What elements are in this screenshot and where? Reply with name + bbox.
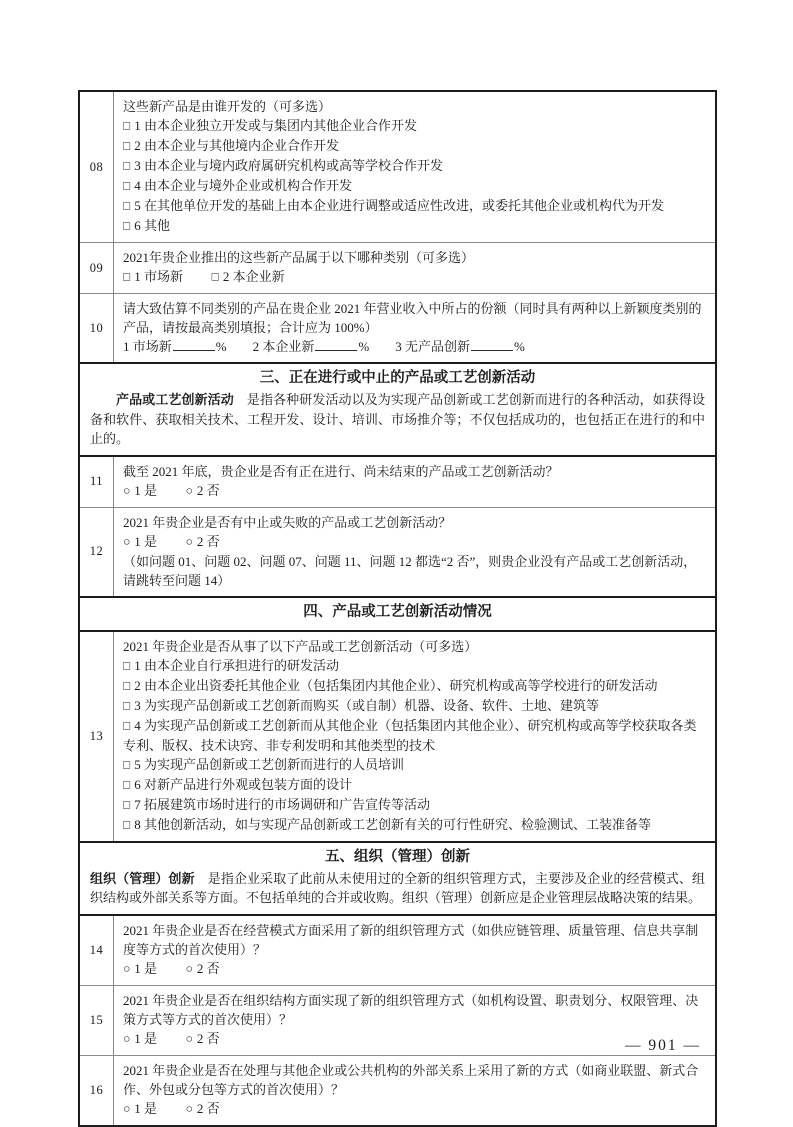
question-line: □6 对新产品进行外观或包装方面的设计 <box>123 775 706 795</box>
fill-in-blank[interactable] <box>173 338 215 351</box>
checkbox-option[interactable]: □2 本企业新 <box>212 269 285 284</box>
checkbox-option[interactable]: □1 由本企业独立开发或与集团内其他企业合作开发 <box>123 118 417 133</box>
checkbox-option[interactable]: □5 在其他单位开发的基础上由本企业进行调整或适应性改进，或委托其他企业或机构代… <box>123 198 664 213</box>
text-run: 2021 年贵企业是否在处理与其他企业或公共机构的外部关系上采用了新的方式（如商… <box>123 1063 698 1097</box>
fill-in-blank[interactable] <box>315 338 357 351</box>
radio-option[interactable]: ○1 是 <box>123 1101 157 1116</box>
checkbox-icon[interactable]: □ <box>123 676 130 695</box>
section-title: 四、产品或工艺创新活动情况 <box>90 601 705 624</box>
text-run: 请大致估算不同类别的产品在贵企业 2021 年营业收入中所占的份额（同时具有两种… <box>123 301 702 335</box>
question-row-09: 09 2021年贵企业推出的这些新产品属于以下哪种类别（可多选）□1 市场新□2… <box>80 242 715 293</box>
checkbox-option[interactable]: □5 为实现产品创新或工艺创新而进行的人员培训 <box>123 757 404 772</box>
radio-option[interactable]: ○2 否 <box>186 483 220 498</box>
question-row-16: 16 2021 年贵企业是否在处理与其他企业或公共机构的外部关系上采用了新的方式… <box>80 1055 715 1125</box>
question-line: □4 由本企业与境外企业或机构合作开发 <box>123 176 706 196</box>
checkbox-option[interactable]: □4 由本企业与境外企业或机构合作开发 <box>123 178 352 193</box>
radio-icon[interactable]: ○ <box>123 1099 130 1118</box>
radio-icon[interactable]: ○ <box>123 532 130 551</box>
radio-option[interactable]: ○2 否 <box>186 1101 220 1116</box>
radio-option[interactable]: ○2 否 <box>186 534 220 549</box>
section-header-4: 四、产品或工艺创新活动情况 <box>80 596 715 630</box>
text-run: 2021 年贵企业是否在经营模式方面采用了新的组织管理方式（如供应链管理、质量管… <box>123 923 698 957</box>
checkbox-option[interactable]: □6 对新产品进行外观或包装方面的设计 <box>123 777 352 792</box>
radio-icon[interactable]: ○ <box>123 1029 130 1048</box>
radio-icon[interactable]: ○ <box>186 1099 193 1118</box>
text-run: （如问题 01、问题 02、问题 07、问题 11、问题 12 都选“2 否”，… <box>123 554 696 588</box>
question-line: □2 由本企业与其他境内企业合作开发 <box>123 136 706 156</box>
question-line: 2021 年贵企业是否从事了以下产品或工艺创新活动（可多选） <box>123 637 706 656</box>
question-row-15: 15 2021 年贵企业是否在组织结构方面实现了新的组织管理方式（如机构设置、职… <box>80 985 715 1055</box>
question-row-08: 08 这些新产品是由谁开发的（可多选）□1 由本企业独立开发或与集团内其他企业合… <box>80 92 715 242</box>
question-content: 2021年贵企业推出的这些新产品属于以下哪种类别（可多选）□1 市场新□2 本企… <box>114 243 715 293</box>
checkbox-icon[interactable]: □ <box>212 268 219 287</box>
radio-option[interactable]: ○1 是 <box>123 1031 157 1046</box>
question-row-12: 12 2021 年贵企业是否有中止或失败的产品或工艺创新活动？○1 是○2 否（… <box>80 507 715 596</box>
checkbox-icon[interactable]: □ <box>123 696 130 715</box>
question-content: 2021 年贵企业是否在经营模式方面采用了新的组织管理方式（如供应链管理、质量管… <box>114 916 715 985</box>
question-line: □1 由本企业独立开发或与集团内其他企业合作开发 <box>123 116 706 136</box>
question-row-10: 10 请大致估算不同类别的产品在贵企业 2021 年营业收入中所占的份额（同时具… <box>80 293 715 362</box>
checkbox-icon[interactable]: □ <box>123 117 130 136</box>
radio-icon[interactable]: ○ <box>123 481 130 500</box>
text-run: 2021 年贵企业是否从事了以下产品或工艺创新活动（可多选） <box>123 639 477 654</box>
checkbox-icon[interactable]: □ <box>123 795 130 814</box>
question-line: □6 其他 <box>123 216 706 236</box>
text-run: 1 市场新 <box>123 339 172 354</box>
section-header-3: 三、正在进行或中止的产品或工艺创新活动 产品或工艺创新活动 是指各种研发活动以及… <box>80 362 715 455</box>
question-number: 09 <box>80 243 114 293</box>
question-line: ○1 是○2 否 <box>123 532 706 552</box>
fill-in-blank[interactable] <box>471 338 513 351</box>
question-content: 2021 年贵企业是否有中止或失败的产品或工艺创新活动？○1 是○2 否（如问题… <box>114 508 715 596</box>
text-run: 这些新产品是由谁开发的（可多选） <box>123 99 331 114</box>
question-content: 请大致估算不同类别的产品在贵企业 2021 年营业收入中所占的份额（同时具有两种… <box>114 294 715 362</box>
radio-option[interactable]: ○2 否 <box>186 1031 220 1046</box>
checkbox-option[interactable]: □3 为实现产品创新或工艺创新而购买（或自制）机器、设备、软件、土地、建筑等 <box>123 698 599 713</box>
question-line: □3 为实现产品创新或工艺创新而购买（或自制）机器、设备、软件、土地、建筑等 <box>123 696 706 716</box>
question-line: 这些新产品是由谁开发的（可多选） <box>123 97 706 116</box>
question-line: ○1 是○2 否 <box>123 959 706 979</box>
checkbox-option[interactable]: □2 由本企业与其他境内企业合作开发 <box>123 138 339 153</box>
question-line: 2021年贵企业推出的这些新产品属于以下哪种类别（可多选） <box>123 248 706 267</box>
question-line: □1 由本企业自行承担进行的研发活动 <box>123 656 706 676</box>
question-line: 2021 年贵企业是否有中止或失败的产品或工艺创新活动？ <box>123 513 706 532</box>
question-row-14: 14 2021 年贵企业是否在经营模式方面采用了新的组织管理方式（如供应链管理、… <box>80 914 715 985</box>
checkbox-option[interactable]: □1 由本企业自行承担进行的研发活动 <box>123 658 339 673</box>
question-line: ○1 是○2 否 <box>123 1099 706 1119</box>
question-line: 2021 年贵企业是否在组织结构方面实现了新的组织管理方式（如机构设置、职责划分… <box>123 991 706 1029</box>
question-content: 截至 2021 年底，贵企业是否有正在进行、尚未结束的产品或工艺创新活动？○1 … <box>114 457 715 507</box>
question-line: □5 为实现产品创新或工艺创新而进行的人员培训 <box>123 755 706 775</box>
text-run: 截至 2021 年底，贵企业是否有正在进行、尚未结束的产品或工艺创新活动？ <box>123 464 559 479</box>
question-row-13: 13 2021 年贵企业是否从事了以下产品或工艺创新活动（可多选）□1 由本企业… <box>80 630 715 841</box>
radio-icon[interactable]: ○ <box>186 481 193 500</box>
radio-icon[interactable]: ○ <box>186 1029 193 1048</box>
question-number: 13 <box>80 632 114 841</box>
checkbox-icon[interactable]: □ <box>123 137 130 156</box>
radio-icon[interactable]: ○ <box>186 959 193 978</box>
question-content: 2021 年贵企业是否在处理与其他企业或公共机构的外部关系上采用了新的方式（如商… <box>114 1056 715 1125</box>
question-line: 截至 2021 年底，贵企业是否有正在进行、尚未结束的产品或工艺创新活动？ <box>123 462 706 481</box>
radio-icon[interactable]: ○ <box>186 532 193 551</box>
radio-option[interactable]: ○1 是 <box>123 483 157 498</box>
question-line: 1 市场新% 2 本企业新% 3 无产品创新% <box>123 337 706 356</box>
question-number: 10 <box>80 294 114 362</box>
checkbox-option[interactable]: □4 为实现产品创新或工艺创新而从其他企业（包括集团内其他企业）、研究机构或高等… <box>123 718 697 753</box>
question-line: □2 由本企业出资委托其他企业（包括集团内其他企业）、研究机构或高等学校进行的研… <box>123 676 706 696</box>
question-number: 11 <box>80 457 114 507</box>
checkbox-icon[interactable]: □ <box>123 157 130 176</box>
text-run: % 3 无产品创新 <box>358 339 470 354</box>
checkbox-option[interactable]: □2 由本企业出资委托其他企业（包括集团内其他企业）、研究机构或高等学校进行的研… <box>123 678 658 693</box>
question-line: □8 其他创新活动，如与实现产品创新或工艺创新有关的可行性研究、检验测试、工装准… <box>123 815 706 835</box>
questionnaire-page: 08 这些新产品是由谁开发的（可多选）□1 由本企业独立开发或与集团内其他企业合… <box>78 90 717 1127</box>
section-header-5: 五、组织（管理）创新 组织（管理）创新 是指企业采取了此前从未使用过的全新的组织… <box>80 841 715 914</box>
question-number: 15 <box>80 986 114 1055</box>
question-line: ○1 是○2 否 <box>123 1029 706 1049</box>
question-number: 14 <box>80 916 114 985</box>
checkbox-icon[interactable]: □ <box>123 716 130 735</box>
definition-term: 产品或工艺创新活动 <box>116 392 234 407</box>
checkbox-icon[interactable]: □ <box>123 815 130 834</box>
question-number: 08 <box>80 92 114 242</box>
questionnaire-table: 08 这些新产品是由谁开发的（可多选）□1 由本企业独立开发或与集团内其他企业合… <box>78 90 717 1127</box>
text-run: 2021 年贵企业是否有中止或失败的产品或工艺创新活动？ <box>123 515 451 530</box>
question-line: ○1 是○2 否 <box>123 481 706 501</box>
question-number: 16 <box>80 1056 114 1125</box>
checkbox-option[interactable]: □6 其他 <box>123 218 170 233</box>
checkbox-option[interactable]: □1 市场新 <box>123 269 183 284</box>
section-title: 五、组织（管理）创新 <box>90 846 705 869</box>
checkbox-icon[interactable]: □ <box>123 197 130 216</box>
question-line: □4 为实现产品创新或工艺创新而从其他企业（包括集团内其他企业）、研究机构或高等… <box>123 716 706 755</box>
text-run: 2021年贵企业推出的这些新产品属于以下哪种类别（可多选） <box>123 250 474 265</box>
text-run: % <box>514 339 525 354</box>
question-line: □7 拓展建筑市场时进行的市场调研和广告宣传等活动 <box>123 795 706 815</box>
definition-term: 组织（管理）创新 <box>90 871 195 886</box>
question-line: □3 由本企业与境内政府属研究机构或高等学校合作开发 <box>123 156 706 176</box>
checkbox-icon[interactable]: □ <box>123 656 130 675</box>
question-row-11: 11 截至 2021 年底，贵企业是否有正在进行、尚未结束的产品或工艺创新活动？… <box>80 455 715 507</box>
question-content: 这些新产品是由谁开发的（可多选）□1 由本企业独立开发或与集团内其他企业合作开发… <box>114 92 715 242</box>
question-line: □1 市场新□2 本企业新 <box>123 267 706 287</box>
question-line: 2021 年贵企业是否在经营模式方面采用了新的组织管理方式（如供应链管理、质量管… <box>123 921 706 959</box>
question-line: （如问题 01、问题 02、问题 07、问题 11、问题 12 都选“2 否”，… <box>123 552 706 590</box>
checkbox-icon[interactable]: □ <box>123 217 130 236</box>
section-title: 三、正在进行或中止的产品或工艺创新活动 <box>90 367 705 390</box>
section-description: 组织（管理）创新 是指企业采取了此前从未使用过的全新的组织管理方式，主要涉及企业… <box>90 869 705 908</box>
checkbox-option[interactable]: □3 由本企业与境内政府属研究机构或高等学校合作开发 <box>123 158 443 173</box>
text-run: % 2 本企业新 <box>216 339 315 354</box>
checkbox-icon[interactable]: □ <box>123 755 130 774</box>
question-line: □5 在其他单位开发的基础上由本企业进行调整或适应性改进，或委托其他企业或机构代… <box>123 196 706 216</box>
page-number: — 901 — <box>625 1036 701 1055</box>
radio-option[interactable]: ○1 是 <box>123 534 157 549</box>
radio-icon[interactable]: ○ <box>123 959 130 978</box>
checkbox-option[interactable]: □8 其他创新活动，如与实现产品创新或工艺创新有关的可行性研究、检验测试、工装准… <box>123 817 651 832</box>
question-content: 2021 年贵企业是否从事了以下产品或工艺创新活动（可多选）□1 由本企业自行承… <box>114 632 715 841</box>
question-number: 12 <box>80 508 114 596</box>
question-line: 请大致估算不同类别的产品在贵企业 2021 年营业收入中所占的份额（同时具有两种… <box>123 299 706 337</box>
checkbox-icon[interactable]: □ <box>123 177 130 196</box>
question-line: 2021 年贵企业是否在处理与其他企业或公共机构的外部关系上采用了新的方式（如商… <box>123 1061 706 1099</box>
radio-option[interactable]: ○2 否 <box>186 961 220 976</box>
checkbox-icon[interactable]: □ <box>123 775 130 794</box>
text-run: 2021 年贵企业是否在组织结构方面实现了新的组织管理方式（如机构设置、职责划分… <box>123 993 698 1027</box>
checkbox-icon[interactable]: □ <box>123 268 130 287</box>
section-description: 产品或工艺创新活动 是指各种研发活动以及为实现产品创新或工艺创新而进行的各种活动… <box>90 390 705 449</box>
radio-option[interactable]: ○1 是 <box>123 961 157 976</box>
checkbox-option[interactable]: □7 拓展建筑市场时进行的市场调研和广告宣传等活动 <box>123 797 430 812</box>
